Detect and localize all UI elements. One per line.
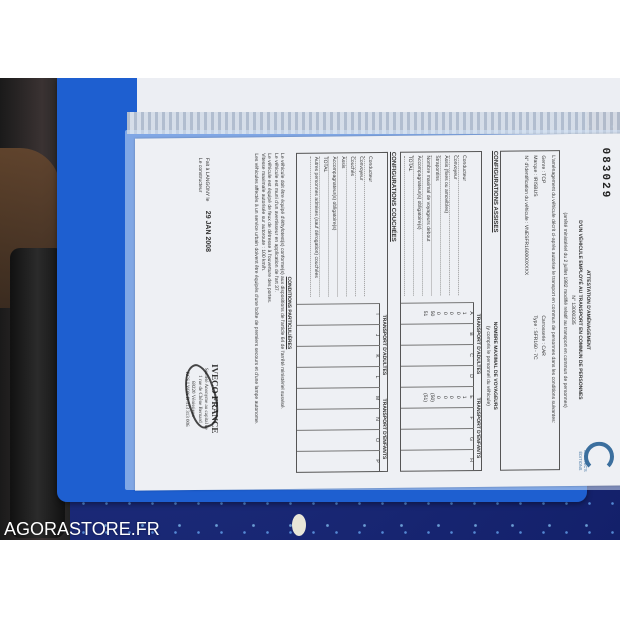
row-label: Assis — [337, 156, 346, 296]
column-header: A — [468, 303, 475, 323]
document-subtitle: D'UN VÉHICULE EMPLOYÉ AU TRANSPORT EN CO… — [577, 180, 584, 440]
column-J: J — [297, 324, 380, 346]
condition-line: Le véhicule doit être équipé d'éthylotes… — [279, 153, 286, 473]
column-header: O — [374, 430, 381, 450]
cell-value: 0 — [435, 387, 442, 407]
title-block: ATTESTATION D'AMÉNAGEMENT D'UN VÉHICULE … — [561, 180, 592, 440]
seated-row-labels: ConducteurConvoyeurAssis (fixes ou amovi… — [404, 155, 467, 296]
row-label: Convoyeur — [449, 155, 458, 295]
publisher-name: GRAPHIC'S ÉDITIONS — [578, 446, 588, 476]
lying-row-labels: ConducteurConvoyeurCouchésAssisAccompagn… — [310, 156, 373, 297]
cell-value: 1 — [461, 303, 468, 323]
column-header: E — [468, 387, 475, 407]
column-header: K — [374, 346, 381, 366]
column-header: B — [468, 324, 475, 344]
cell-value: 0 — [448, 303, 455, 323]
column-header: C — [468, 345, 475, 365]
row-label: Conducteur — [458, 155, 467, 295]
vehicle-field: Genre : TCP — [540, 155, 547, 305]
lying-section-title: CONFIGURATIONS COUCHÉES — [388, 152, 396, 242]
company-stamp: IVECO FRANCE Société Anonyme au capital … — [182, 344, 220, 454]
seated-section-title: CONFIGURATIONS ASSISES — [490, 151, 498, 233]
cell-value: 51 — [422, 304, 429, 324]
particular-conditions: CONDITIONS PARTICULIÈRES Le véhicule doi… — [253, 153, 292, 473]
column-H: H — [401, 449, 474, 471]
row-label: Nombre maximal de voyageurs debout — [422, 155, 431, 295]
signature-date: 29 JAN 2008 — [204, 211, 211, 252]
column-L: L — [297, 366, 380, 388]
column-header: D — [468, 366, 475, 386]
column-header: F — [468, 408, 475, 428]
column-B: B — [401, 323, 474, 345]
group-header: TRANSPORT D'ADULTES — [474, 302, 481, 386]
serial-number: 083029 — [598, 148, 612, 200]
row-label: Couchés — [346, 156, 355, 296]
blue-binder: 083029 GRAPHIC'S ÉDITIONS ATTESTATION D'… — [57, 78, 587, 502]
lying-table: ConducteurConvoyeurCouchésAssisAccompagn… — [296, 152, 388, 473]
cell-value: 0 — [455, 303, 462, 323]
column-N: N — [297, 408, 380, 430]
seated-table: ConducteurConvoyeurAssis (fixes ou amovi… — [400, 151, 482, 472]
signatory-label: Le constructeur — [196, 158, 203, 252]
column-K: K — [297, 345, 380, 367]
fabric-spot — [292, 514, 306, 536]
column-header: G — [468, 429, 475, 449]
column-E: E10000(50)(51) — [401, 386, 474, 408]
column-P: P — [297, 450, 380, 472]
column-G: G — [401, 428, 474, 450]
capacity-subtitle: (y compris le personnel du véhicule) — [485, 261, 492, 471]
capacity-title: NOMBRE MAXIMAL DE VOYAGEURS — [492, 261, 499, 471]
group-header: TRANSPORT D'ADULTES — [380, 303, 387, 387]
document-number: N° 13000335 — [570, 180, 577, 440]
cell-value: 0 — [455, 387, 462, 407]
column-header: P — [374, 451, 381, 471]
column-C: C — [401, 344, 474, 366]
group-header: TRANSPORT D'ENFANTS — [380, 387, 387, 471]
vehicle-field: Carrosserie : CAR — [540, 315, 547, 465]
lying-grid: TRANSPORT D'ADULTESTRANSPORT D'ENFANTSIJ… — [297, 303, 387, 472]
publisher-logo-icon — [584, 442, 614, 472]
cell-value: 0 — [448, 387, 455, 407]
row-label: Convoyeur — [355, 156, 364, 296]
row-label: Accompagnateur(s) obligatoire(s) — [413, 156, 422, 296]
column-A: A100005051 — [401, 302, 474, 324]
document-title: ATTESTATION D'AMÉNAGEMENT — [585, 180, 592, 440]
cell-value: 0 — [435, 303, 442, 323]
row-label: Strapontins — [431, 155, 440, 295]
row-label: Accompagnateur(s) obligatoire(s) — [328, 156, 337, 296]
column-header: I — [374, 304, 381, 324]
condition-line: Les véhicules affectés à un service urba… — [253, 153, 260, 473]
column-I: I — [297, 303, 380, 325]
document-sheet: 083029 GRAPHIC'S ÉDITIONS ATTESTATION D'… — [135, 133, 620, 490]
row-label: Conducteur — [364, 156, 373, 296]
column-F: F — [401, 407, 474, 429]
document-content: 083029 GRAPHIC'S ÉDITIONS ATTESTATION D'… — [142, 139, 620, 484]
cell-value: 1 — [461, 387, 468, 407]
condition-line: Vitesse maximale autorisée sur autoroute… — [260, 153, 267, 473]
condition-line: Le véhicule est équipé de feux de détres… — [266, 153, 273, 473]
vehicle-fields: Genre : TCPCarrosserie : CARMarque : IRI… — [523, 151, 547, 469]
column-D: D — [401, 365, 474, 387]
group-header: TRANSPORT D'ENFANTS — [474, 386, 481, 470]
vehicle-field: N° d'identification du véhicule : VNESFR… — [523, 155, 530, 305]
column-M: M — [297, 387, 380, 409]
cell-value: (50) — [429, 387, 436, 407]
previous-page — [137, 78, 620, 112]
vehicle-field: Marque : IRISBUS — [532, 155, 539, 305]
cell-value: 0 — [442, 303, 449, 323]
vehicle-field: Type : SFR160 - 7C — [532, 315, 539, 465]
cell-value: 0 — [442, 387, 449, 407]
column-header: L — [374, 367, 381, 387]
row-label: Assis (fixes ou amovibles) — [440, 155, 449, 295]
column-header: M — [374, 388, 381, 408]
photo: 083029 GRAPHIC'S ÉDITIONS ATTESTATION D'… — [0, 78, 620, 540]
watermark: AGORASTORE.FR — [4, 519, 160, 540]
row-label: TOTAL — [319, 157, 328, 297]
conditions-lines: Le véhicule doit être équipé d'éthylotes… — [253, 153, 286, 473]
decree-reference: (arrêté ministériel du 2 juillet 1982 mo… — [562, 180, 569, 440]
column-header: N — [374, 409, 381, 429]
column-header: H — [468, 450, 475, 470]
seated-grid: TRANSPORT D'ADULTESTRANSPORT D'ENFANTSA1… — [401, 302, 481, 471]
vehicle-info-box: L'aménagement du véhicule décrit ci-aprè… — [500, 150, 560, 471]
row-label: TOTAL — [404, 156, 413, 296]
column-O: O — [297, 429, 380, 451]
intro-text: L'aménagement du véhicule décrit ci-aprè… — [547, 151, 560, 469]
cell-value: 50 — [429, 303, 436, 323]
row-label: Autres personnes admises (sauf dérogatio… — [310, 157, 319, 297]
cell-value: (51) — [422, 388, 429, 408]
conditions-title: CONDITIONS PARTICULIÈRES — [286, 153, 293, 473]
column-header: J — [374, 325, 381, 345]
signature-place: Fait à LANGONY le 29 JAN 2008 Le constru… — [196, 158, 212, 252]
